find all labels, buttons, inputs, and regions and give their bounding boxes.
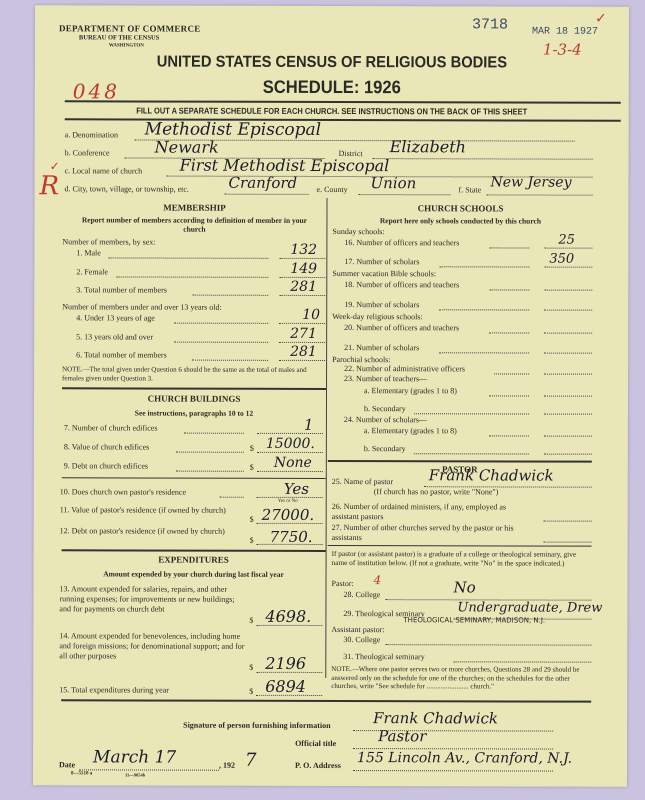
membership-title: MEMBERSHIP (64, 202, 324, 213)
bureau-name: BUREAU OF THE CENSUS (79, 34, 159, 41)
county-value: Union (371, 174, 417, 192)
leader-dots (108, 257, 268, 258)
leader-dots (489, 332, 529, 333)
leader-dots (414, 453, 529, 454)
census-schedule-form: DEPARTMENT OF COMMERCE BUREAU OF THE CEN… (33, 5, 629, 787)
form-code-1: 8—5518 a (71, 771, 92, 776)
owns-residence-label: 10. Does church own pastor's residence (60, 487, 186, 496)
seminary-value-cont: THEOLOGICAL SEMINARY, MADISON, N.J. (403, 616, 545, 624)
pastor-name-value: Frank Chadwick (429, 466, 554, 484)
year-value: 7 (245, 750, 257, 771)
total-members-field (279, 295, 325, 296)
official-title-value: Pastor (378, 727, 426, 745)
leader-dots (174, 323, 268, 324)
expenditures-title: EXPENDITURES (64, 554, 324, 565)
instruction-line: FILL OUT A SEPARATE SCHEDULE FOR EACH CH… (70, 105, 593, 116)
female-label: 2. Female (76, 267, 108, 276)
leader-dots (489, 435, 529, 436)
teachers-elementary-label: a. Elementary (grades 1 to 8) (364, 386, 457, 395)
address-label: P. O. Address (295, 761, 341, 770)
total-members-2-value: 281 (290, 344, 317, 360)
female-value: 149 (290, 261, 317, 277)
local-name-value: First Methodist Episcopal (180, 156, 390, 176)
address-field (353, 770, 553, 772)
male-value: 132 (290, 242, 317, 258)
leader-dots (489, 395, 529, 396)
residence-value-value: 27000. (262, 506, 315, 524)
edifices-value-label: 8. Value of church edifices (64, 442, 149, 451)
total-expenditures-value: 6894 (265, 677, 306, 696)
dollar-sign: $ (250, 536, 254, 545)
red-mark: R (40, 171, 60, 201)
conference-value: Newark (155, 138, 219, 157)
date-label: Date (59, 760, 75, 769)
college-label: 28. College (343, 590, 380, 599)
signature-label: Signature of person furnishing informati… (183, 721, 330, 730)
teachers-secondary-field (544, 414, 592, 415)
dollar-sign: $ (250, 463, 254, 472)
year-prefix: , 192 (219, 761, 235, 770)
membership-note: NOTE.—The total given under Question 6 s… (62, 365, 324, 384)
dollar-sign: $ (249, 663, 253, 672)
leader-dots (192, 360, 268, 361)
residence-debt-label: 12. Debt on pastor's residence (if owned… (60, 526, 250, 536)
stamp-date: MAR 18 1927 (532, 27, 598, 38)
district-value: Elizabeth (390, 137, 466, 156)
state-label: f. State (459, 185, 482, 194)
total-members-2-field (279, 360, 325, 361)
expenditures-subtitle: Amount expended by your church during la… (64, 569, 324, 579)
church-buildings-subtitle: See instructions, paragraphs 10 to 12 (64, 408, 324, 418)
female-field (279, 277, 325, 278)
address-value: 155 Lincoln Av., Cranford, N.J. (357, 750, 572, 767)
owns-residence-value: Yes (284, 480, 309, 498)
sunday-officers-label: 16. Number of officers and teachers (344, 238, 459, 247)
admin-officers-field (544, 374, 592, 375)
by-sex-label: Number of members, by sex: (62, 237, 155, 246)
sunday-schools-label: Sunday schools: (332, 227, 384, 236)
membership-subtitle: Report number of members according to de… (74, 215, 314, 234)
assistant-seminary-label: 31. Theological seminary (343, 652, 424, 661)
leader-dots (220, 497, 244, 498)
pastor-note: NOTE.—Where one pastor serves two or mor… (331, 665, 591, 691)
state-line (487, 194, 593, 195)
total-members-2-label: 6. Total number of members (76, 350, 167, 359)
leader-dots (414, 413, 529, 414)
leader-dots (116, 276, 268, 277)
teachers-elementary-field (544, 396, 592, 397)
assistant-college-label: 30. College (343, 635, 380, 644)
signature-value: Frank Chadwick (373, 709, 498, 727)
conference-label: b. Conference (65, 148, 110, 157)
over-13-label: 5. 13 years old and over (76, 332, 153, 341)
over-13-field (279, 342, 325, 343)
sunday-officers-value: 25 (558, 233, 575, 248)
leader-dots (176, 471, 244, 472)
male-label: 1. Male (76, 248, 100, 257)
dollar-sign: $ (249, 687, 253, 696)
weekday-officers-field (544, 333, 592, 334)
divider (61, 699, 591, 702)
edifices-value-field (257, 452, 323, 453)
county-line (359, 194, 451, 195)
total-members-value: 281 (290, 279, 317, 295)
pastor-name-label: 25. Name of pastor (332, 477, 393, 486)
district-line (373, 158, 593, 160)
county-label: e. County (317, 185, 348, 194)
summer-scholars-label: 19. Number of scholars (344, 300, 419, 309)
under-13-field (279, 323, 325, 324)
dollar-sign: $ (249, 616, 253, 625)
official-title-label: Official title (295, 739, 336, 748)
residence-debt-value: 7750. (270, 528, 313, 546)
divider (65, 100, 621, 103)
leader-dots (439, 309, 529, 310)
under-13-label: 4. Under 13 years of age (76, 313, 155, 322)
parochial-schools-label: Parochial schools: (332, 355, 390, 364)
total-members-label: 3. Total number of members (76, 285, 167, 294)
leader-dots (192, 295, 268, 296)
divider (328, 545, 592, 547)
date-value: March 17 (93, 747, 176, 767)
city-value: Cranford (229, 174, 298, 192)
date-field (79, 769, 219, 770)
other-churches-label: 27. Number of other churches served by t… (332, 523, 532, 544)
total-expenditures-label: 15. Total expenditures during year (59, 685, 169, 694)
pastor-label: Pastor: (331, 579, 353, 588)
department-name: DEPARTMENT OF COMMERCE (59, 23, 201, 33)
sunday-officers-field (544, 248, 592, 249)
over-13-value: 271 (290, 326, 317, 342)
teachers-secondary-label: b. Secondary (364, 404, 406, 413)
divider (62, 477, 326, 479)
assistant-pastors-label: 26. Number of ordained ministers, if any… (332, 502, 532, 523)
summer-officers-field (544, 290, 592, 291)
leader-dots (439, 266, 529, 267)
leader-dots (184, 433, 244, 434)
summer-schools-label: Summer vacation Bible schools: (332, 269, 436, 278)
teachers-label: 23. Number of teachers— (344, 374, 427, 383)
dollar-sign: $ (250, 515, 254, 524)
male-field (279, 258, 325, 259)
form-code-2: 11—9054b (125, 772, 145, 777)
divider (62, 387, 326, 390)
sunday-scholars-value: 350 (549, 252, 574, 267)
other-churches-field (544, 542, 592, 543)
sunday-scholars-label: 17. Number of scholars (344, 257, 419, 266)
under-13-value: 10 (302, 307, 320, 323)
leader-dots (176, 452, 244, 453)
state-value: New Jersey (491, 174, 572, 190)
check-mark-icon: ✓ (595, 11, 607, 28)
divider (62, 549, 326, 552)
edifices-debt-value: None (274, 455, 312, 471)
leader-dots (494, 373, 529, 374)
denomination-label: a. Denomination (65, 130, 118, 139)
scholars-secondary-label: b. Secondary (364, 444, 406, 453)
seminary-value: Undergraduate, Drew (457, 600, 602, 615)
stamp-number: 3718 (472, 16, 508, 33)
summer-officers-label: 18. Number of officers and teachers (344, 280, 459, 289)
scholars-secondary-field (544, 454, 592, 455)
leader-dots (489, 289, 529, 290)
benevolences-value: 2196 (265, 654, 306, 673)
column-divider (325, 198, 327, 678)
dollar-sign: $ (250, 444, 254, 453)
form-title: UNITED STATES CENSUS OF RELIGIOUS BODIES (59, 53, 606, 72)
schedule-title: SCHEDULE: 1926 (59, 76, 606, 98)
divider (328, 460, 592, 463)
college-value: No (453, 578, 475, 596)
age-label: Number of members under and over 13 year… (62, 302, 222, 311)
pastor-red-mark: 4 (373, 573, 381, 587)
weekday-officers-label: 20. Number of officers and teachers (344, 323, 459, 332)
assistant-pastor-label: Assistant pastor: (331, 625, 384, 634)
assistant-pastors-field (544, 521, 592, 522)
leader-dots (174, 342, 268, 343)
local-name-label: c. Local name of church (65, 166, 143, 175)
scholars-elementary-label: a. Elementary (grades 1 to 8) (364, 426, 457, 435)
weekday-schools-label: Week-day religious schools: (332, 312, 422, 321)
running-expenses-value: 4698. (265, 607, 311, 626)
leader-dots (439, 352, 529, 353)
edifices-value-value: 15000. (266, 436, 315, 452)
church-schools-subtitle: Report here only schools conducted by th… (328, 216, 592, 226)
leader-dots (489, 247, 529, 248)
edifices-count-label: 7. Number of church edifices (64, 423, 158, 432)
graduate-instructions: If pastor (or assistant pastor) is a gra… (332, 549, 592, 568)
summer-scholars-field (544, 310, 592, 311)
edifices-debt-label: 9. Debt on church edifices (64, 461, 148, 470)
assistant-college-field (385, 644, 591, 646)
scholars-elementary-field (544, 436, 592, 437)
edifices-count-value: 1 (304, 416, 314, 434)
church-buildings-title: CHURCH BUILDINGS (64, 393, 324, 404)
scholars-label: 24. Number of scholars— (344, 415, 427, 424)
residence-value-label: 11. Value of pastor's residence (if owne… (60, 505, 250, 515)
benevolences-label: 14. Amount expended for benevolences, in… (59, 631, 245, 661)
running-expenses-label: 13. Amount expended for salaries, repair… (59, 584, 245, 614)
edifices-debt-field (257, 471, 323, 472)
yes-no-hint: Yes or No (278, 499, 298, 504)
weekday-scholars-field (544, 353, 592, 354)
church-schools-title: CHURCH SCHOOLS (328, 203, 592, 214)
city-line (225, 194, 309, 195)
weekday-scholars-label: 21. Number of scholars (344, 343, 419, 352)
pastor-name-hint: (If church has no pastor, write "None") (374, 487, 499, 496)
sunday-scholars-field (544, 267, 592, 268)
assistant-seminary-field (453, 661, 591, 662)
admin-officers-label: 22. Number of administrative officers (344, 364, 465, 373)
location: WASHINGTON (109, 43, 144, 48)
city-label: d. City, town, village, or township, etc… (65, 184, 189, 193)
